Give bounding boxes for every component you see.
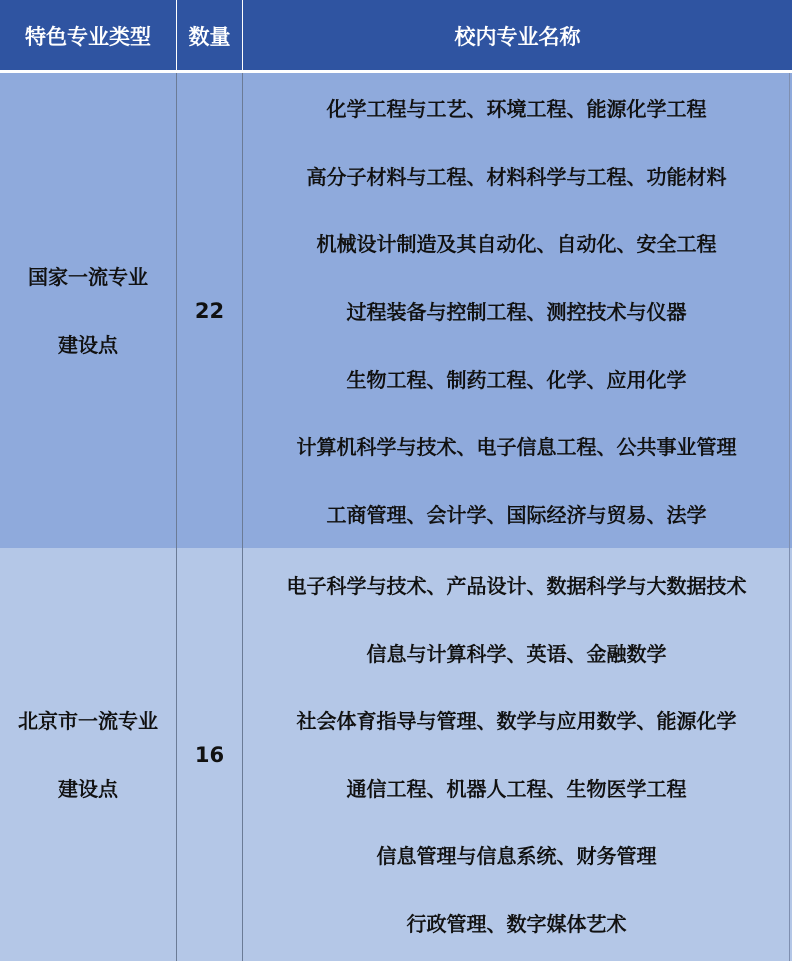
count-value: 16 xyxy=(195,743,224,767)
specialty-majors-table: 特色专业类型 数量 校内专业名称 国家一流专业 建设点 22 化学工程与工艺、环… xyxy=(0,0,792,961)
table-row-beijing: 北京市一流专业 建设点 16 电子科学与技术、产品设计、数据科学与大数据技术 信… xyxy=(0,548,792,961)
header-major-names: 校内专业名称 xyxy=(243,0,792,72)
specialty-type-cell: 国家一流专业 建设点 xyxy=(0,73,177,548)
major-line: 行政管理、数字媒体艺术 xyxy=(243,890,790,958)
major-line: 过程装备与控制工程、测控技术与仪器 xyxy=(243,278,790,346)
table-header: 特色专业类型 数量 校内专业名称 xyxy=(0,0,792,72)
major-line: 化学工程与工艺、环境工程、能源化学工程 xyxy=(243,75,790,143)
count-cell: 22 xyxy=(177,73,243,548)
header-count: 数量 xyxy=(177,0,243,72)
specialty-type-line1: 北京市一流专业 xyxy=(18,687,158,755)
specialty-type-line1: 国家一流专业 xyxy=(28,243,148,311)
count-cell: 16 xyxy=(177,548,243,961)
major-names-cell: 电子科学与技术、产品设计、数据科学与大数据技术 信息与计算科学、英语、金融数学 … xyxy=(243,548,790,961)
specialty-type-line2: 建设点 xyxy=(58,311,118,379)
major-line: 生物工程、制药工程、化学、应用化学 xyxy=(243,346,790,414)
major-line: 信息与计算科学、英语、金融数学 xyxy=(243,620,790,688)
major-line: 社会体育指导与管理、数学与应用数学、能源化学 xyxy=(243,687,790,755)
specialty-type-line2: 建设点 xyxy=(58,755,118,823)
major-line: 计算机科学与技术、电子信息工程、公共事业管理 xyxy=(243,413,790,481)
major-line: 电子科学与技术、产品设计、数据科学与大数据技术 xyxy=(243,552,790,620)
table-row-national: 国家一流专业 建设点 22 化学工程与工艺、环境工程、能源化学工程 高分子材料与… xyxy=(0,73,792,548)
major-line: 工商管理、会计学、国际经济与贸易、法学 xyxy=(243,481,790,549)
major-names-cell: 化学工程与工艺、环境工程、能源化学工程 高分子材料与工程、材料科学与工程、功能材… xyxy=(243,73,790,548)
major-line: 机械设计制造及其自动化、自动化、安全工程 xyxy=(243,210,790,278)
major-line: 高分子材料与工程、材料科学与工程、功能材料 xyxy=(243,143,790,211)
major-line: 通信工程、机器人工程、生物医学工程 xyxy=(243,755,790,823)
specialty-type-cell: 北京市一流专业 建设点 xyxy=(0,548,177,961)
major-line: 信息管理与信息系统、财务管理 xyxy=(243,822,790,890)
count-value: 22 xyxy=(195,299,224,323)
header-specialty-type: 特色专业类型 xyxy=(0,0,177,72)
